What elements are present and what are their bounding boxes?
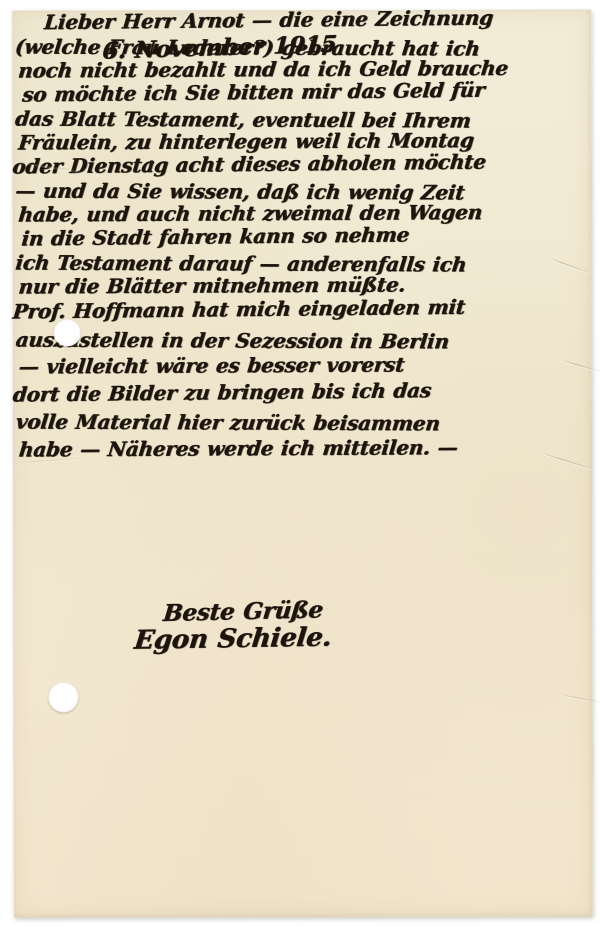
handwritten-line: dort die Bilder zu bringen bis ich das xyxy=(12,376,525,409)
handwritten-line: Prof. Hoffmann hat mich eingeladen mit xyxy=(11,293,524,326)
letter-body: Lieber Herr Arnot — die eine Zeichnung (… xyxy=(12,10,518,299)
handwritten-line: in die Stadt fahren kann so nehme xyxy=(20,221,518,250)
letter-signature: Egon Schiele. xyxy=(133,623,333,656)
scanned-letter-page: 6. November 1915 Lieber Herr Arnot — die… xyxy=(0,0,600,931)
paper-crease xyxy=(558,694,600,704)
letter-postscript: Prof. Hoffmann hat mich eingeladen mit a… xyxy=(13,298,523,464)
handwritten-line: habe — Näheres werde ich mitteilen. — xyxy=(18,433,525,463)
paper-crease xyxy=(541,453,600,472)
punch-hole xyxy=(54,319,81,346)
ink-speck xyxy=(482,88,484,90)
handwritten-line: oder Dienstag acht dieses abholen möchte xyxy=(11,149,518,178)
letter-paper: 6. November 1915 Lieber Herr Arnot — die… xyxy=(12,9,593,917)
paper-crease xyxy=(561,360,600,373)
paper-crease xyxy=(548,258,591,274)
handwritten-line: so möchte ich Sie bitten mir das Geld fü… xyxy=(21,77,518,106)
ink-speck xyxy=(125,148,127,150)
punch-hole xyxy=(48,682,78,712)
handwritten-line: Lieber Herr Arnot — die eine Zeichnung xyxy=(11,5,518,34)
